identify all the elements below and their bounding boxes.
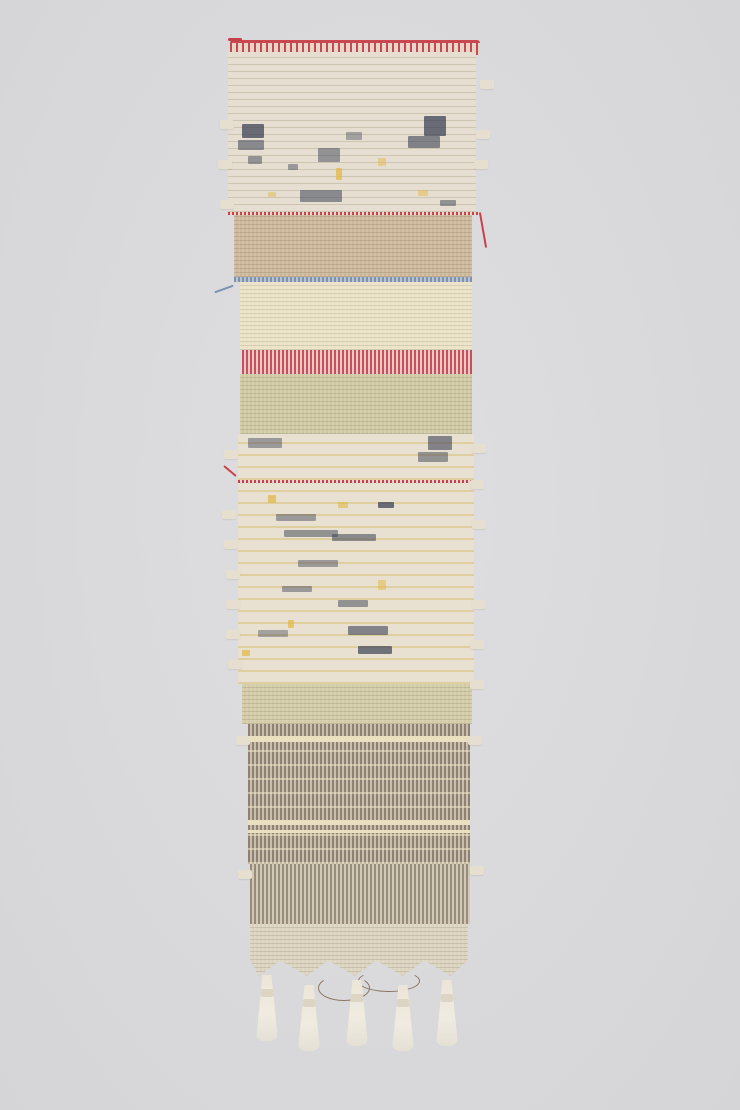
woven-textile: [228, 40, 480, 960]
red-line-divider-2: [238, 480, 474, 483]
taupe-lower-band: [250, 864, 470, 924]
taupe-honeycomb-band: [248, 724, 470, 864]
sage-band-lower: [242, 684, 472, 724]
cream-stripe-3: [248, 830, 470, 833]
cream-stripe-1: [248, 736, 470, 742]
pink-red-band: [242, 350, 472, 374]
figurative-middle-panel: [238, 434, 474, 684]
loose-red-thread-top: [228, 38, 242, 41]
tan-honeycomb-band: [234, 215, 472, 277]
cream-stripe-2: [248, 820, 470, 825]
cream-plain-band: [240, 282, 472, 350]
sage-green-band: [240, 374, 472, 434]
